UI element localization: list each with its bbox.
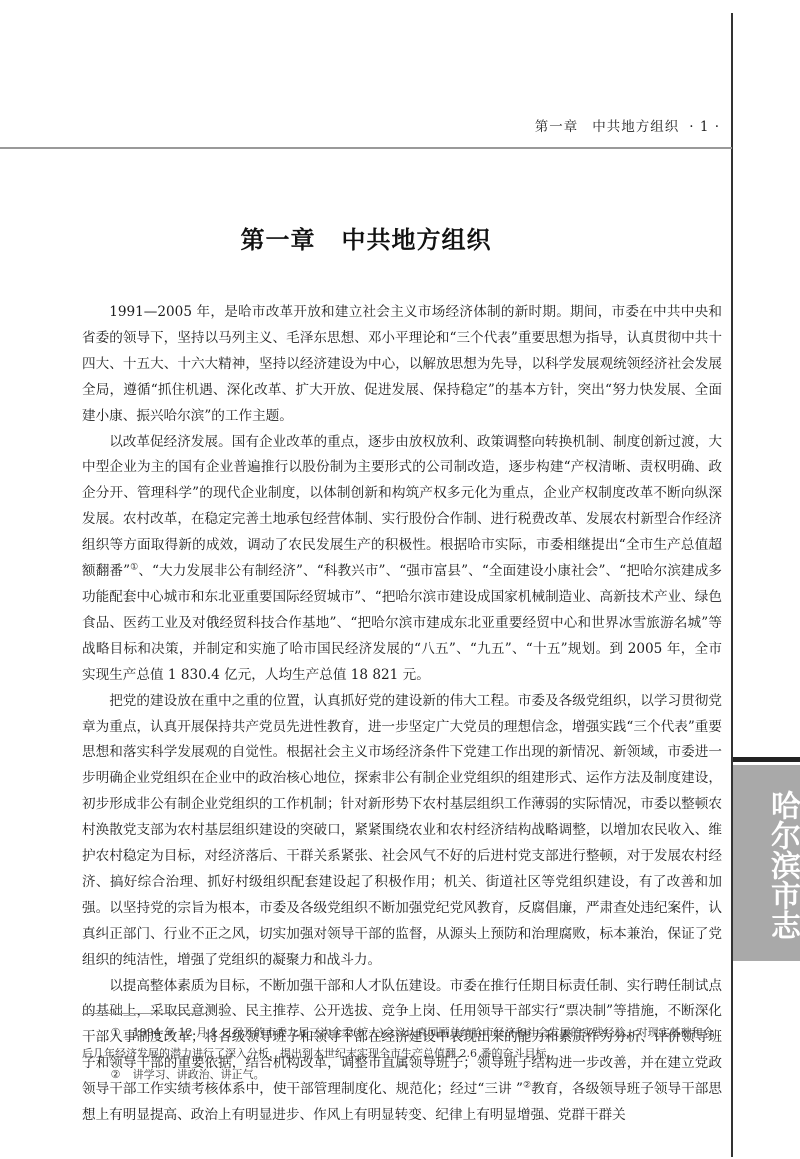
footnote-rule (82, 1013, 207, 1014)
chapter-number: 第一章 (241, 225, 316, 254)
page-edge-rule (731, 13, 733, 1157)
page-number: · 1 · (689, 119, 720, 135)
chapter-name: 中共地方组织 (342, 225, 492, 254)
paragraph-2: 以改革促经济发展。国有企业改革的重点，逐步由放权放利、政策调整向转换机制、制度创… (82, 430, 722, 689)
footnote-1-mark: ① (111, 1022, 133, 1043)
body-text: 1991—2005 年，是哈市改革开放和建立社会主义市场经济体制的新时期。期间，… (82, 300, 722, 1129)
paragraph-3: 把党的建设放在重中之重的位置，认真抓好党的建设新的伟大工程。市委及各级党组织，以… (82, 689, 722, 974)
footnote-2: ②讲学习、讲政治、讲正气。 (82, 1064, 722, 1085)
footnote-1: ①1994 年 12 月 1 日召开的市委九届三次全委(扩大)会议认真回顾总结哈… (82, 1022, 722, 1064)
side-tab-title: 哈尔滨市志 (733, 775, 800, 955)
footnote-2-mark: ② (111, 1064, 133, 1085)
paragraph-2-text-b: 、“大力发展非公有制经济”、“科教兴市”、“强市富县”、“全面建设小康社会”、“… (82, 563, 722, 683)
running-head-chapter: 第一章 (535, 119, 579, 135)
footnote-1-text: 1994 年 12 月 1 日召开的市委九届三次全委(扩大)会议认真回顾总结哈市… (82, 1026, 714, 1060)
footnotes: ①1994 年 12 月 1 日召开的市委九届三次全委(扩大)会议认真回顾总结哈… (82, 1022, 722, 1085)
running-head: 第一章中共地方组织· 1 · (535, 115, 720, 135)
side-tab: 哈尔滨市志 (733, 762, 800, 961)
header-rule (0, 147, 732, 149)
running-head-section: 中共地方组织 (592, 119, 679, 135)
paragraph-1: 1991—2005 年，是哈市改革开放和建立社会主义市场经济体制的新时期。期间，… (82, 300, 722, 430)
footnote-2-text: 讲学习、讲政治、讲正气。 (133, 1068, 265, 1081)
chapter-title: 第一章中共地方组织 (0, 220, 732, 255)
paragraph-2-text-a: 以改革促经济发展。国有企业改革的重点，逐步由放权放利、政策调整向转换机制、制度创… (82, 434, 722, 580)
